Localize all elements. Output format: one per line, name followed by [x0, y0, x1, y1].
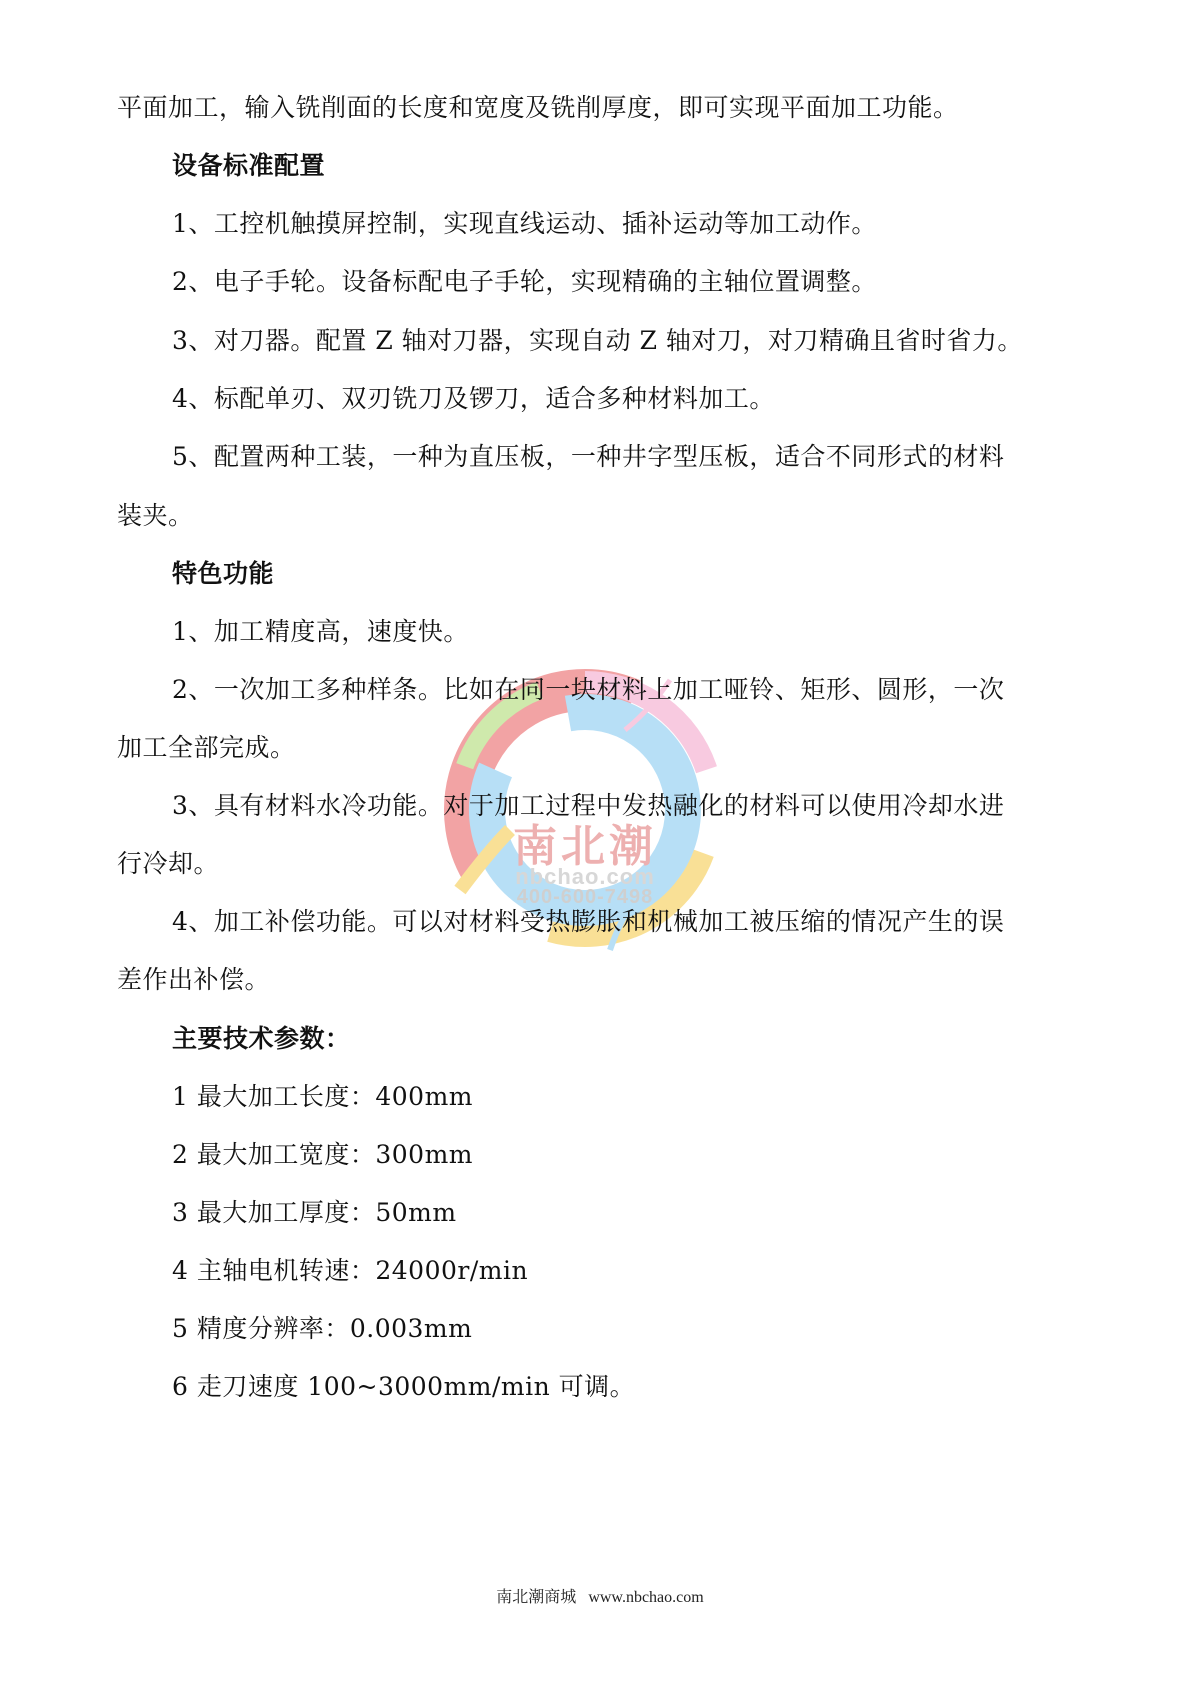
config-item-3: 3、对刀器。配置 Z 轴对刀器，实现自动 Z 轴对刀，对刀精确且省时省力。 [172, 325, 1023, 357]
feature-item-3: 3、具有材料水冷功能。对于加工过程中发热融化的材料可以使用冷却水进 [172, 790, 1004, 822]
feature-item-1: 1、加工精度高，速度快。 [172, 616, 469, 648]
param-max-width: 2 最大加工宽度：300mm [172, 1139, 473, 1171]
document-page: 南北潮 nbchao.com 400-600-7498 平面加工，输入铣削面的长… [0, 0, 1200, 1697]
config-item-5-continued: 装夹。 [117, 500, 194, 532]
section-heading-features: 特色功能 [172, 558, 274, 590]
footer-url-link[interactable]: www.nbchao.com [588, 1589, 703, 1606]
param-resolution: 5 精度分辨率：0.003mm [172, 1313, 472, 1345]
config-item-1: 1、工控机触摸屏控制，实现直线运动、插补运动等加工动作。 [172, 208, 877, 240]
config-item-4: 4、标配单刃、双刃铣刀及锣刀，适合多种材料加工。 [172, 383, 775, 415]
config-item-2: 2、电子手轮。设备标配电子手轮，实现精确的主轴位置调整。 [172, 266, 877, 298]
feature-item-4: 4、加工补偿功能。可以对材料受热膨胀和机械加工被压缩的情况产生的误 [172, 906, 1004, 938]
section-heading-tech-params: 主要技术参数： [172, 1023, 351, 1055]
feature-item-4-continued: 差作出补偿。 [117, 964, 270, 996]
intro-paragraph: 平面加工，输入铣削面的长度和宽度及铣削厚度，即可实现平面加工功能。 [117, 92, 959, 124]
page-footer: 南北潮商城 www.nbchao.com [0, 1584, 1200, 1607]
config-item-5: 5、配置两种工装，一种为直压板，一种井字型压板，适合不同形式的材料 [172, 441, 1004, 473]
feature-item-2-continued: 加工全部完成。 [117, 732, 296, 764]
feature-item-3-continued: 行冷却。 [117, 848, 219, 880]
param-max-length: 1 最大加工长度：400mm [172, 1081, 473, 1113]
param-spindle-speed: 4 主轴电机转速：24000r/min [172, 1255, 528, 1287]
param-max-thickness: 3 最大加工厚度：50mm [172, 1197, 457, 1229]
feature-item-2: 2、一次加工多种样条。比如在同一块材料上加工哑铃、矩形、圆形，一次 [172, 674, 1004, 706]
footer-site-name: 南北潮商城 [496, 1589, 576, 1606]
param-feed-speed: 6 走刀速度 100~3000mm/min 可调。 [172, 1371, 635, 1403]
section-heading-standard-config: 设备标准配置 [172, 150, 325, 182]
